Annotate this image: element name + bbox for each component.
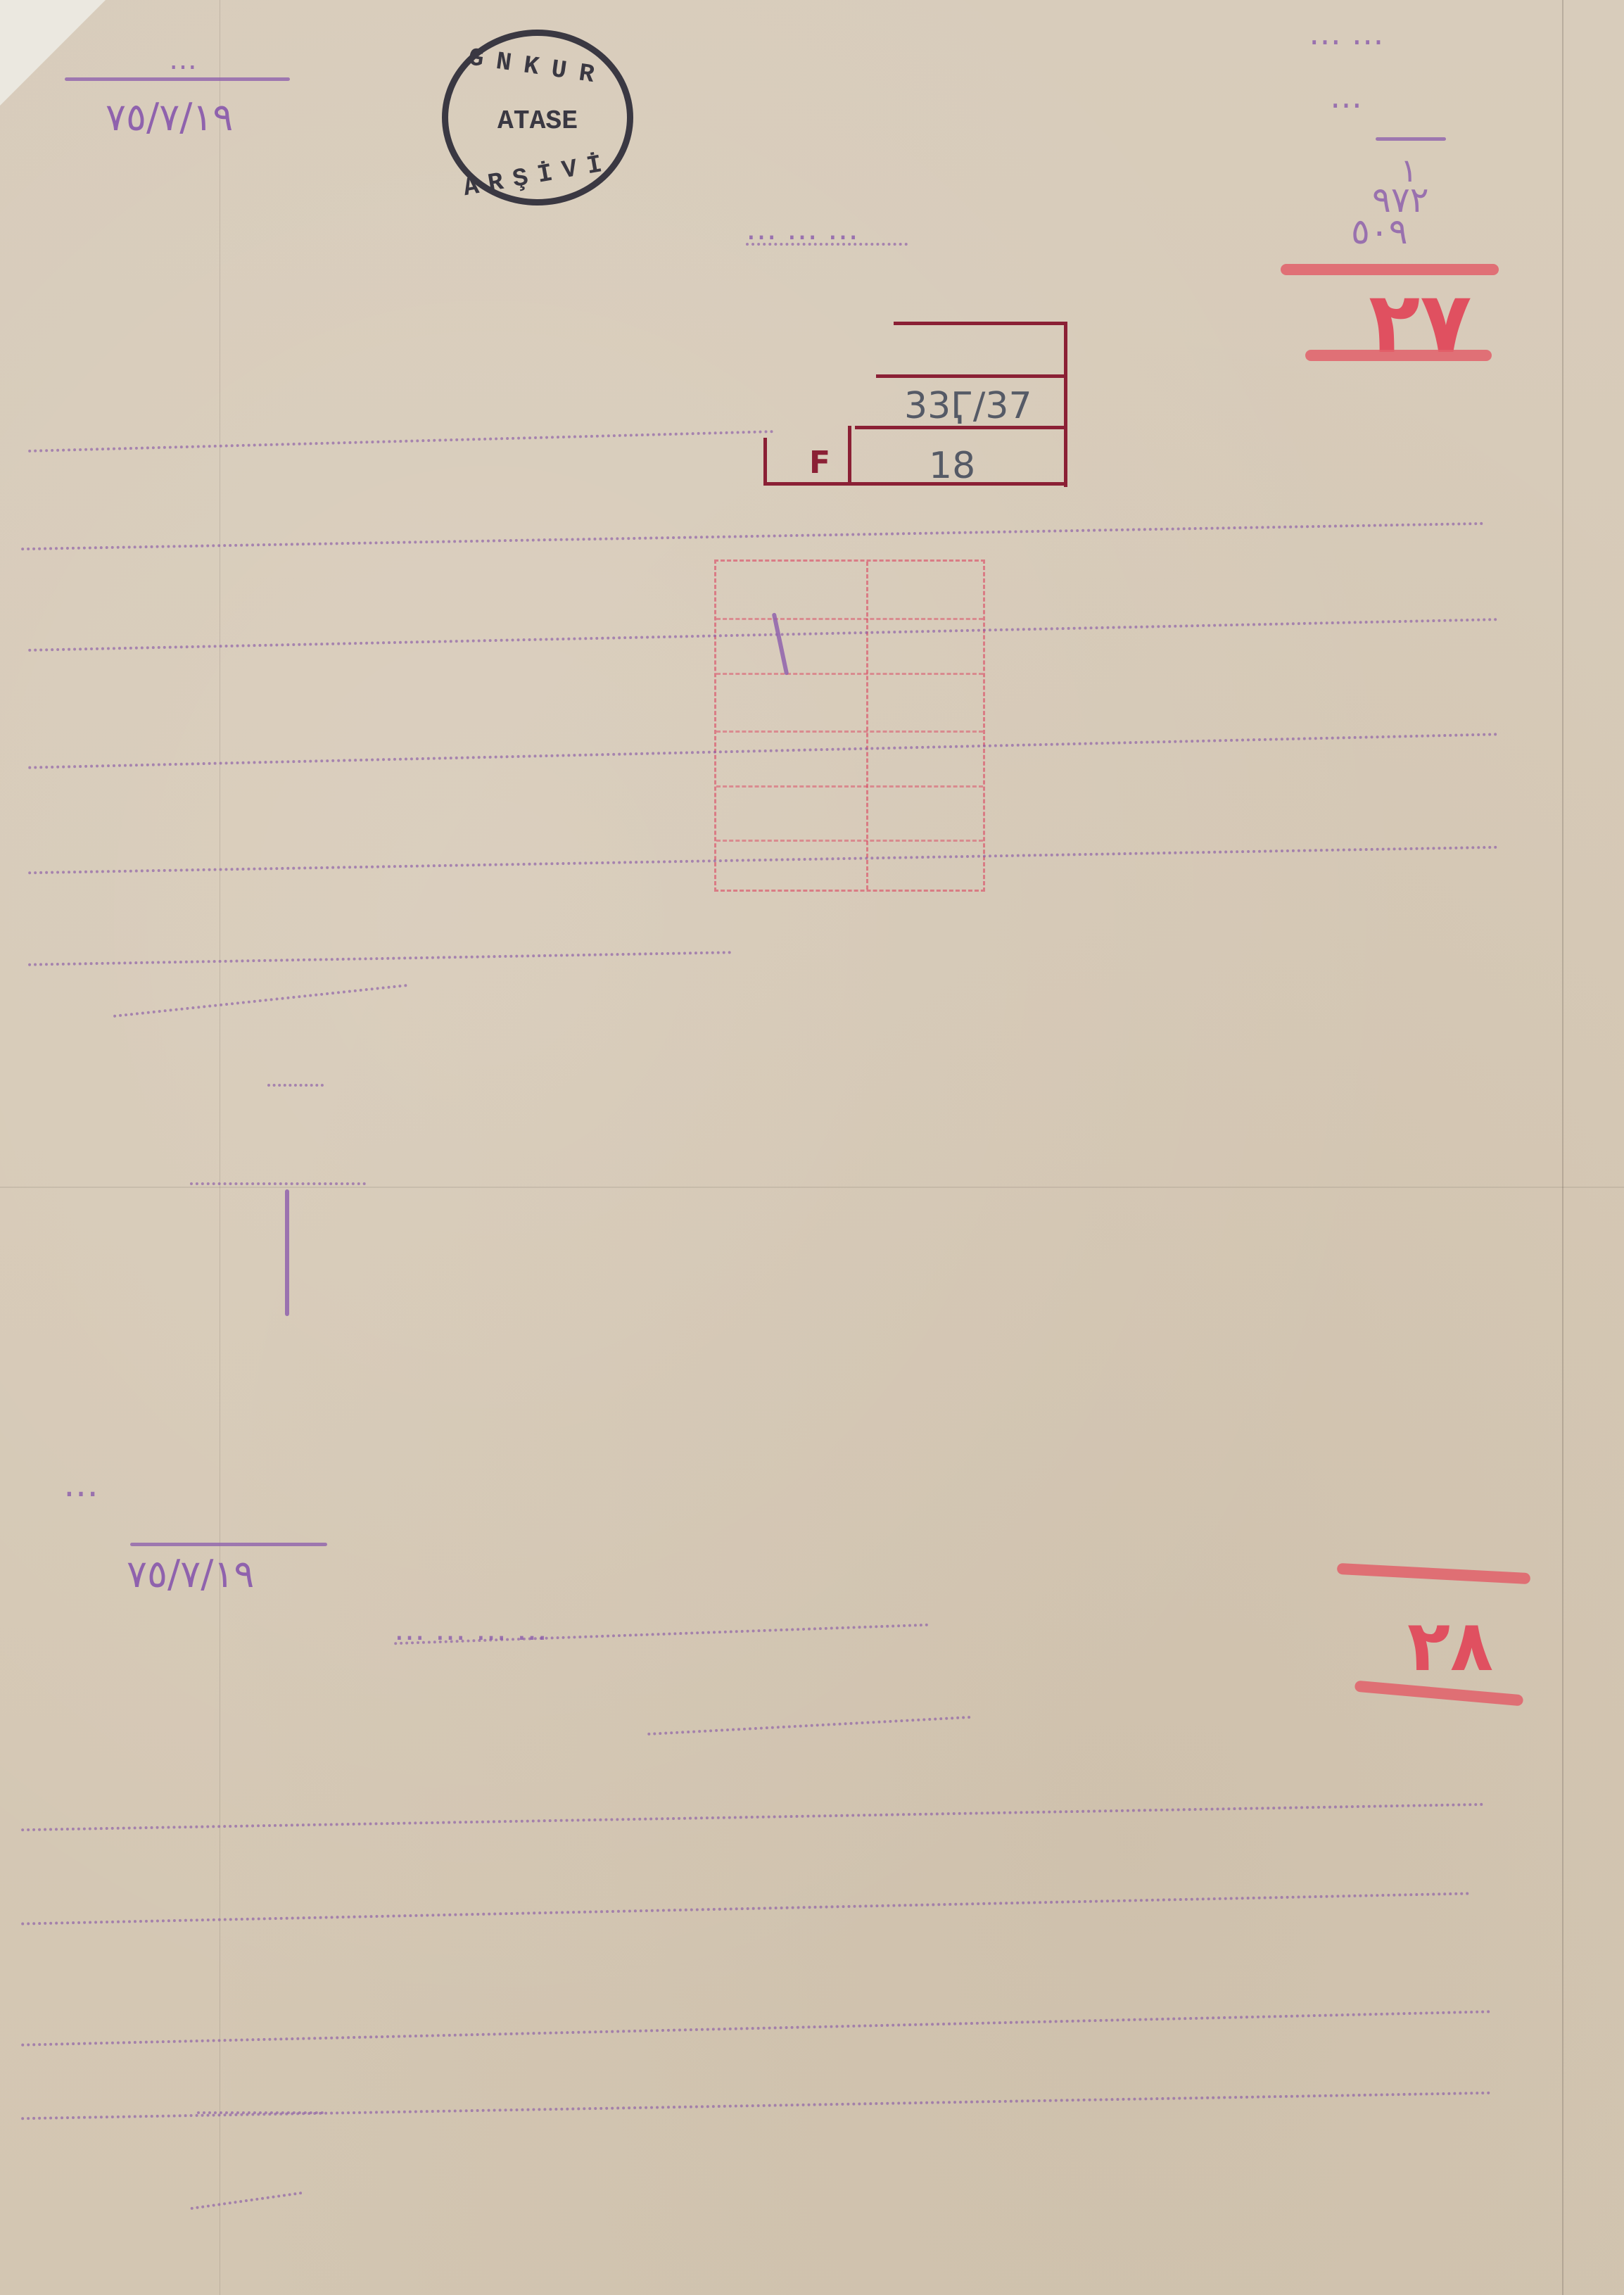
signature-line <box>197 2111 324 2114</box>
registry-box: 33Ӷ/37 18 F <box>763 322 1067 487</box>
top-left-heading: … <box>169 44 197 76</box>
handwriting-line <box>746 243 908 246</box>
signature-line <box>190 1182 366 1185</box>
signature-line <box>267 1084 324 1087</box>
registry-number: 33Ӷ/37 <box>904 385 1032 427</box>
margin-line: ٥٠٩ <box>1351 211 1408 252</box>
registry-page: 18 <box>929 445 975 487</box>
paper-edge <box>1562 0 1563 2295</box>
margin-rule <box>1376 137 1446 141</box>
archive-stamp: GNKUR ATASE ARŞİVİ <box>442 30 633 206</box>
stamp-center-text: ATASE <box>448 106 627 137</box>
paper-fold <box>0 1187 1624 1188</box>
top-left-date: ٧٥/٧/١٩ <box>106 95 233 139</box>
date-rule <box>65 77 290 81</box>
red-underline <box>1305 350 1492 361</box>
entry-title: … … … <box>746 211 858 247</box>
paper-crease <box>220 0 220 2295</box>
margin-line: … … <box>1309 14 1384 52</box>
entry-date: ٧٥/٧/١٩ <box>127 1552 254 1596</box>
margin-line: … <box>1330 77 1362 115</box>
torn-corner <box>0 0 106 106</box>
date-rule <box>130 1543 327 1546</box>
faint-table-stamp <box>714 559 985 892</box>
entry-heading: … <box>63 1464 99 1505</box>
red-underline <box>1281 264 1499 275</box>
pen-stroke <box>285 1189 289 1316</box>
folio-number: ٢٨ <box>1407 1605 1493 1687</box>
registry-letter: F <box>809 445 830 481</box>
